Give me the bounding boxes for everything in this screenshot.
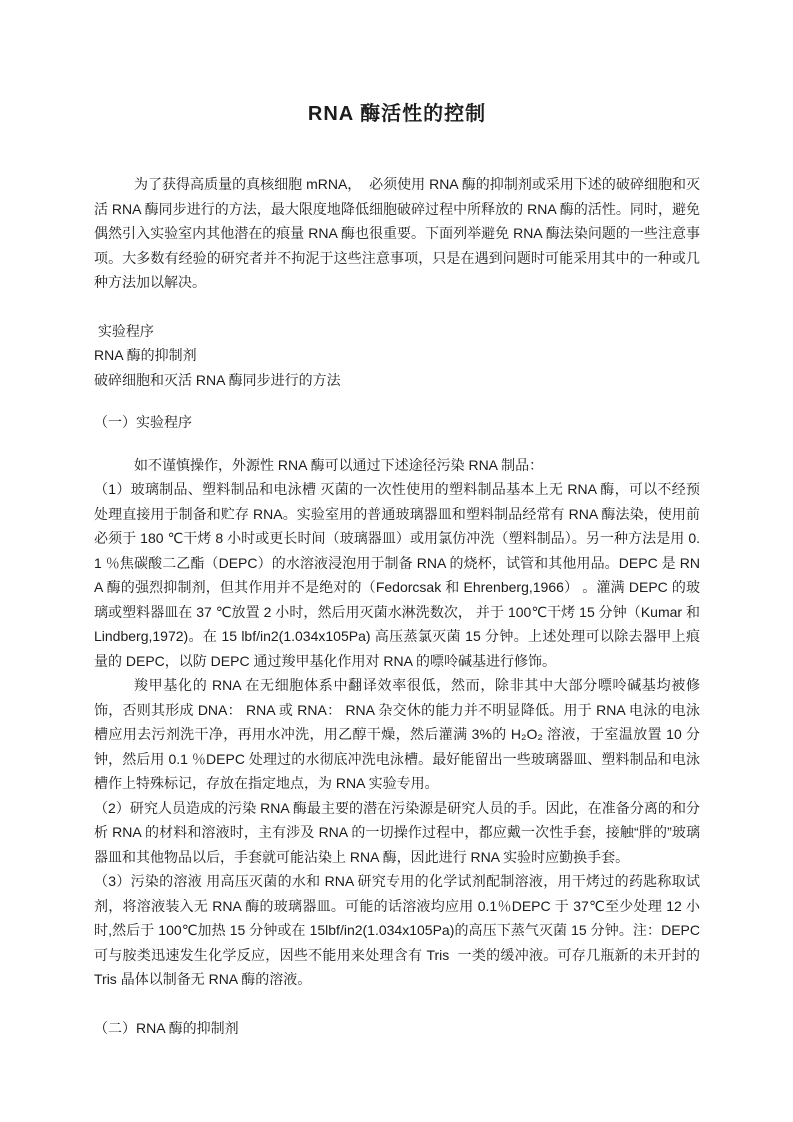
section-two-heading: （二）RNA 酶的抑制剂 (94, 1016, 700, 1041)
spacer (94, 392, 700, 410)
document-title: RNA 酶活性的控制 (94, 100, 700, 128)
item-1-continued-paragraph: 羧甲基化的 RNA 在无细胞体系中翻译效率很低，然而，除非其中大部分嘌呤碱基均被… (94, 673, 700, 796)
line-experiment-procedure: 实验程序 (94, 319, 700, 344)
spacer (94, 435, 700, 453)
item-3-paragraph: （3）污染的溶液 用高压灭菌的水和 RNA 研究专用的化学试剂配制溶液，用干烤过… (94, 869, 700, 992)
document-page: RNA 酶活性的控制 为了获得高质量的真核细胞 mRNA， 必须使用 RNA 酶… (0, 0, 793, 1122)
document-content: RNA 酶活性的控制 为了获得高质量的真核细胞 mRNA， 必须使用 RNA 酶… (0, 0, 793, 1040)
section-one-lead-paragraph: 如不谨慎操作，外源性 RNA 酶可以通过下述途径污染 RNA 制品： (94, 453, 700, 478)
line-simultaneous-method: 破碎细胞和灭活 RNA 酶同步进行的方法 (94, 368, 700, 393)
item-1-paragraph: （1）玻璃制品、塑料制品和电泳槽 灭菌的一次性使用的塑料制品基本上无 RNA 酶… (94, 477, 700, 673)
section-one-heading: （一）实验程序 (94, 410, 700, 435)
spacer (94, 295, 700, 319)
line-rnase-inhibitor: RNA 酶的抑制剂 (94, 343, 700, 368)
item-2-paragraph: （2）研究人员造成的污染 RNA 酶最主要的潜在污染源是研究人员的手。因此，在准… (94, 796, 700, 870)
intro-paragraph: 为了获得高质量的真核细胞 mRNA， 必须使用 RNA 酶的抑制剂或采用下述的破… (94, 172, 700, 295)
spacer (94, 992, 700, 1016)
